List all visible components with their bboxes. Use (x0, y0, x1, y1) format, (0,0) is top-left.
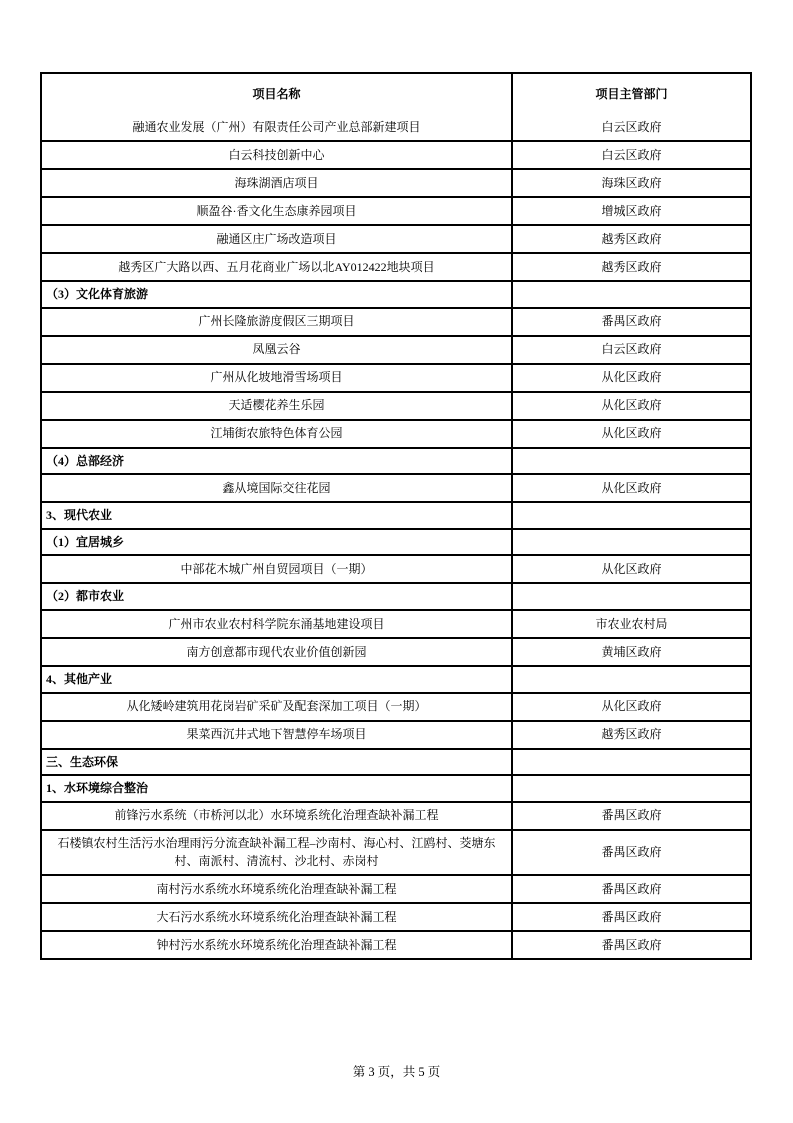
project-name-cell: 海珠湖酒店项目 (42, 170, 511, 196)
section-title: 3、现代农业 (42, 503, 511, 528)
table-header-row: 项目名称 项目主管部门 (42, 74, 750, 114)
project-name-cell: 融通农业发展（广州）有限责任公司产业总部新建项目 (42, 114, 511, 140)
department-cell: 番禺区政府 (511, 876, 750, 902)
table-row: 凤凰云谷白云区政府 (42, 335, 750, 363)
table-row: 南村污水系统水环境系统化治理查缺补漏工程番禺区政府 (42, 874, 750, 902)
department-cell: 海珠区政府 (511, 170, 750, 196)
project-name-cell: 大石污水系统水环境系统化治理查缺补漏工程 (42, 904, 511, 930)
section-header-row: 3、现代农业 (42, 501, 750, 528)
table-row: 果菜西沉井式地下智慧停车场项目越秀区政府 (42, 720, 750, 748)
column-header-project-name: 项目名称 (42, 74, 511, 114)
table-row: 钟村污水系统水环境系统化治理查缺补漏工程番禺区政府 (42, 930, 750, 958)
section-header-row: 1、水环境综合整治 (42, 774, 750, 801)
section-header-row: （4）总部经济 (42, 447, 750, 474)
project-name-cell: 越秀区广大路以西、五月花商业广场以北AY012422地块项目 (42, 254, 511, 280)
project-name-cell: 中部花木城广州自贸园项目（一期） (42, 556, 511, 582)
section-title: （2）都市农业 (42, 584, 511, 609)
table-body: 融通农业发展（广州）有限责任公司产业总部新建项目白云区政府白云科技创新中心白云区… (42, 114, 750, 958)
project-name-cell: 石楼镇农村生活污水治理雨污分流查缺补漏工程–沙南村、海心村、江鸥村、茭塘东村、南… (42, 831, 511, 874)
department-cell (511, 449, 750, 474)
project-name-cell: 天适樱花养生乐园 (42, 393, 511, 419)
department-cell (511, 667, 750, 692)
department-cell: 从化区政府 (511, 556, 750, 582)
table-row: 大石污水系统水环境系统化治理查缺补漏工程番禺区政府 (42, 902, 750, 930)
department-cell: 越秀区政府 (511, 722, 750, 748)
project-name-cell: 鑫从境国际交往花园 (42, 475, 511, 501)
section-title: 三、生态环保 (42, 750, 511, 775)
table-row: 顺盈谷·香文化生态康养园项目增城区政府 (42, 196, 750, 224)
department-cell: 番禺区政府 (511, 803, 750, 829)
table-row: 江埔街农旅特色体育公园从化区政府 (42, 419, 750, 447)
project-name-cell: 南村污水系统水环境系统化治理查缺补漏工程 (42, 876, 511, 902)
department-cell: 番禺区政府 (511, 904, 750, 930)
project-name-cell: 从化矮岭建筑用花岗岩矿采矿及配套深加工项目（一期） (42, 694, 511, 720)
section-title: 1、水环境综合整治 (42, 776, 511, 801)
department-cell (511, 750, 750, 775)
project-name-cell: 江埔街农旅特色体育公园 (42, 421, 511, 447)
department-cell (511, 530, 750, 555)
section-title: 4、其他产业 (42, 667, 511, 692)
table-row: 广州长隆旅游度假区三期项目番禺区政府 (42, 307, 750, 335)
section-header-row: 4、其他产业 (42, 665, 750, 692)
project-name-cell: 果菜西沉井式地下智慧停车场项目 (42, 722, 511, 748)
department-cell: 从化区政府 (511, 694, 750, 720)
table-row: 融通农业发展（广州）有限责任公司产业总部新建项目白云区政府 (42, 114, 750, 140)
table-row: 广州市农业农村科学院东涌基地建设项目市农业农村局 (42, 609, 750, 637)
table-row: 天适樱花养生乐园从化区政府 (42, 391, 750, 419)
project-name-cell: 广州从化坡地滑雪场项目 (42, 365, 511, 391)
page-number-footer: 第 3 页，共 5 页 (0, 1062, 793, 1080)
department-cell: 番禺区政府 (511, 309, 750, 335)
project-name-cell: 广州长隆旅游度假区三期项目 (42, 309, 511, 335)
department-cell: 番禺区政府 (511, 831, 750, 874)
section-header-row: 三、生态环保 (42, 748, 750, 775)
department-cell: 从化区政府 (511, 421, 750, 447)
project-name-cell: 前锋污水系统（市桥河以北）水环境系统化治理查缺补漏工程 (42, 803, 511, 829)
table-row: 融通区庄广场改造项目越秀区政府 (42, 224, 750, 252)
project-name-cell: 顺盈谷·香文化生态康养园项目 (42, 198, 511, 224)
department-cell: 增城区政府 (511, 198, 750, 224)
project-name-cell: 白云科技创新中心 (42, 142, 511, 168)
department-cell: 越秀区政府 (511, 226, 750, 252)
table-row: 石楼镇农村生活污水治理雨污分流查缺补漏工程–沙南村、海心村、江鸥村、茭塘东村、南… (42, 829, 750, 874)
section-title: （4）总部经济 (42, 449, 511, 474)
department-cell: 白云区政府 (511, 142, 750, 168)
table-row: 从化矮岭建筑用花岗岩矿采矿及配套深加工项目（一期）从化区政府 (42, 692, 750, 720)
section-header-row: （3）文化体育旅游 (42, 280, 750, 307)
department-cell: 从化区政府 (511, 475, 750, 501)
column-header-department: 项目主管部门 (511, 74, 750, 114)
table-row: 越秀区广大路以西、五月花商业广场以北AY012422地块项目越秀区政府 (42, 252, 750, 280)
department-cell (511, 503, 750, 528)
department-cell: 越秀区政府 (511, 254, 750, 280)
table-row: 南方创意都市现代农业价值创新园黄埔区政府 (42, 637, 750, 665)
section-header-row: （2）都市农业 (42, 582, 750, 609)
table-row: 广州从化坡地滑雪场项目从化区政府 (42, 363, 750, 391)
section-header-row: （1）宜居城乡 (42, 528, 750, 555)
table-row: 白云科技创新中心白云区政府 (42, 140, 750, 168)
project-name-cell: 南方创意都市现代农业价值创新园 (42, 639, 511, 665)
department-cell (511, 584, 750, 609)
department-cell: 从化区政府 (511, 393, 750, 419)
section-title: （3）文化体育旅游 (42, 282, 511, 307)
table-row: 中部花木城广州自贸园项目（一期）从化区政府 (42, 554, 750, 582)
department-cell: 白云区政府 (511, 114, 750, 140)
department-cell (511, 282, 750, 307)
department-cell: 番禺区政府 (511, 932, 750, 958)
department-cell: 市农业农村局 (511, 611, 750, 637)
project-name-cell: 融通区庄广场改造项目 (42, 226, 511, 252)
table-row: 鑫从境国际交往花园从化区政府 (42, 473, 750, 501)
department-cell (511, 776, 750, 801)
project-name-cell: 凤凰云谷 (42, 337, 511, 363)
table-row: 前锋污水系统（市桥河以北）水环境系统化治理查缺补漏工程番禺区政府 (42, 801, 750, 829)
department-cell: 黄埔区政府 (511, 639, 750, 665)
project-table: 项目名称 项目主管部门 融通农业发展（广州）有限责任公司产业总部新建项目白云区政… (40, 72, 752, 960)
project-name-cell: 钟村污水系统水环境系统化治理查缺补漏工程 (42, 932, 511, 958)
department-cell: 从化区政府 (511, 365, 750, 391)
department-cell: 白云区政府 (511, 337, 750, 363)
section-title: （1）宜居城乡 (42, 530, 511, 555)
project-name-cell: 广州市农业农村科学院东涌基地建设项目 (42, 611, 511, 637)
table-row: 海珠湖酒店项目海珠区政府 (42, 168, 750, 196)
